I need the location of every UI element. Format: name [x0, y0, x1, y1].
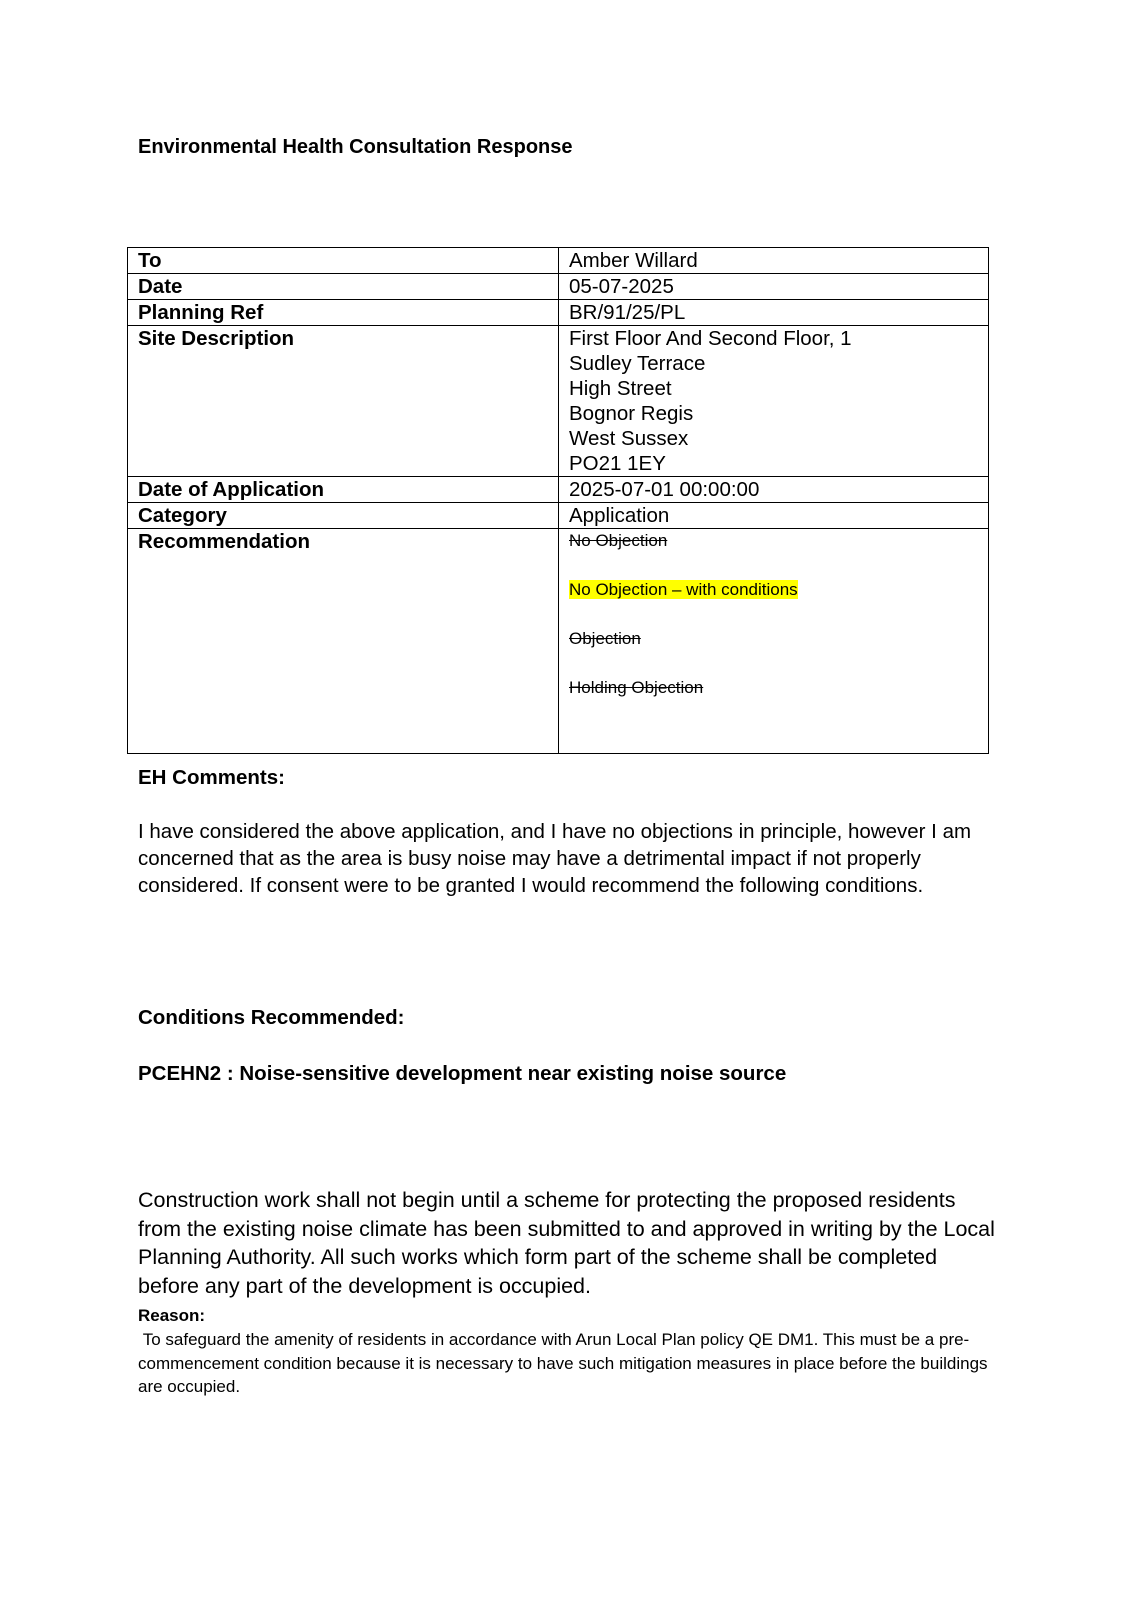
- row-label: Site Description: [128, 326, 559, 477]
- table-row-to: To Amber Willard: [128, 248, 989, 274]
- row-value-date-of-application: 2025-07-01 00:00:00: [559, 477, 989, 503]
- row-label: Recommendation: [128, 529, 559, 754]
- address-line: Sudley Terrace: [569, 351, 978, 376]
- recommendation-option-holding-objection: Holding Objection: [569, 678, 978, 698]
- recommendation-option-objection: Objection: [569, 629, 978, 649]
- comments-heading: EH Comments:: [138, 766, 285, 790]
- table-row-recommendation: Recommendation No Objection No Objection…: [128, 529, 989, 754]
- recommendation-options: No Objection No Objection – with conditi…: [559, 529, 989, 754]
- conditions-heading: Conditions Recommended:: [138, 1006, 405, 1030]
- row-value-category: Application: [559, 503, 989, 529]
- document-title: Environmental Health Consultation Respon…: [138, 136, 573, 159]
- address-line: Bognor Regis: [569, 401, 978, 426]
- address-line: PO21 1EY: [569, 451, 978, 476]
- reason-heading: Reason:: [138, 1306, 205, 1326]
- row-label: Date of Application: [128, 477, 559, 503]
- row-value-date: 05-07-2025: [559, 274, 989, 300]
- condition-title: PCEHN2 : Noise-sensitive development nea…: [138, 1062, 786, 1086]
- recommendation-option-selected: No Objection – with conditions: [569, 580, 978, 600]
- recommendation-option-no-objection: No Objection: [569, 531, 978, 551]
- highlighted-selection: No Objection – with conditions: [569, 580, 798, 599]
- row-value-site-description: First Floor And Second Floor, 1 Sudley T…: [559, 326, 989, 477]
- consultation-info-table: To Amber Willard Date 05-07-2025 Plannin…: [127, 247, 989, 754]
- row-label: Date: [128, 274, 559, 300]
- row-label: Category: [128, 503, 559, 529]
- row-value-to: Amber Willard: [559, 248, 989, 274]
- row-label: Planning Ref: [128, 300, 559, 326]
- table-row-date: Date 05-07-2025: [128, 274, 989, 300]
- address-line: West Sussex: [569, 426, 978, 451]
- table-row-site-description: Site Description First Floor And Second …: [128, 326, 989, 477]
- row-label: To: [128, 248, 559, 274]
- comments-body: I have considered the above application,…: [138, 818, 1008, 899]
- table-row-date-of-application: Date of Application 2025-07-01 00:00:00: [128, 477, 989, 503]
- address-line: High Street: [569, 376, 978, 401]
- condition-body: Construction work shall not begin until …: [138, 1186, 998, 1300]
- table-row-planning-ref: Planning Ref BR/91/25/PL: [128, 300, 989, 326]
- reason-body: To safeguard the amenity of residents in…: [138, 1328, 1008, 1399]
- row-value-planning-ref: BR/91/25/PL: [559, 300, 989, 326]
- table-row-category: Category Application: [128, 503, 989, 529]
- address-line: First Floor And Second Floor, 1: [569, 326, 978, 351]
